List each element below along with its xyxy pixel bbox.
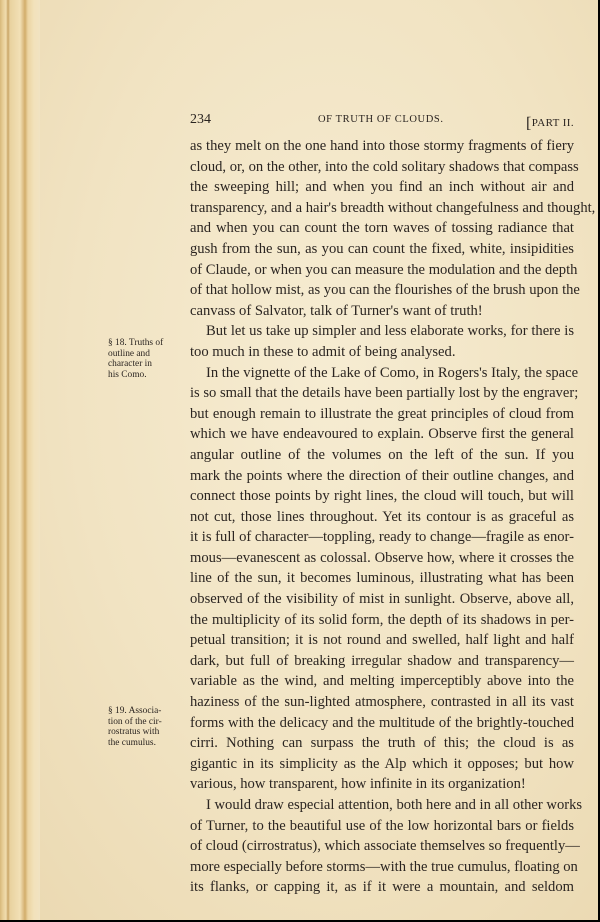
text-line: variable as the wind, and melting imperc…: [190, 671, 574, 692]
text-line: various, how transparent, how infinite i…: [190, 774, 574, 795]
text-line: and when you can count the torn waves of…: [190, 218, 574, 239]
text-line: of that hollow mist, as you can the flou…: [190, 280, 574, 301]
text-line: its flanks, or capping it, as if it were…: [190, 877, 574, 898]
margin-note-line: tion of the cir-: [108, 717, 192, 728]
text-line: mark the points where the direction of t…: [190, 466, 574, 487]
text-line: cloud, or, on the other, into the cold s…: [190, 157, 574, 178]
paragraph-start-line: In the vignette of the Lake of Como, in …: [190, 363, 574, 384]
text-line: angular outline of the volumes on the le…: [190, 445, 574, 466]
margin-note-section-18: § 18. Truths of outline and character in…: [108, 338, 192, 380]
text-line: line of the sun, it becomes luminous, il…: [190, 568, 574, 589]
text-line: of cloud (cirrostratus), which associate…: [190, 836, 574, 857]
margin-note-line: the cumulus.: [108, 738, 192, 749]
page-edges: [0, 0, 40, 920]
text-line: dark, but full of breaking irregular sha…: [190, 651, 574, 672]
margin-note-line: § 18. Truths of: [108, 338, 192, 349]
text-line: which we have endeavoured to explain. Ob…: [190, 424, 574, 445]
text-line: the multiplicity of its solid form, the …: [190, 610, 574, 631]
text-line: canvass of Salvator, talk of Turner's wa…: [190, 301, 574, 322]
text-line: gigantic in its simplicity as the Alp wh…: [190, 754, 574, 775]
text-line: as they melt on the one hand into those …: [190, 136, 574, 157]
text-line: of Claude, or when you can measure the m…: [190, 260, 574, 281]
body-text: as they melt on the one hand into those …: [190, 136, 574, 898]
text-line: gush from the sun, as you can count the …: [190, 239, 574, 260]
text-line: observed of the visibility of mist in su…: [190, 589, 574, 610]
running-title: OF TRUTH OF CLOUDS.: [318, 114, 444, 125]
paragraph-start-line: But let us take up simpler and less elab…: [190, 321, 574, 342]
text-line: more especially before storms—with the t…: [190, 857, 574, 878]
part-label-wrap: [PART II.: [526, 113, 574, 131]
text-line: of Turner, to the beautiful use of the l…: [190, 816, 574, 837]
page-number: 234: [190, 112, 211, 128]
text-line: transparency, and a hair's breadth witho…: [190, 198, 574, 219]
text-line: the sweeping hill; and when you find an …: [190, 177, 574, 198]
text-line: cirri. Nothing can surpass the truth of …: [190, 733, 574, 754]
text-line: not cut, those lines throughout. Yet its…: [190, 507, 574, 528]
text-line: mous—evanescent as colossal. Observe how…: [190, 548, 574, 569]
margin-note-line: rostratus with: [108, 727, 192, 738]
text-line: is so small that the details have been p…: [190, 383, 574, 404]
margin-note-line: his Como.: [108, 370, 192, 381]
text-line: connect those points by right lines, the…: [190, 486, 574, 507]
margin-note-line: outline and: [108, 349, 192, 360]
text-line: forms with the delicacy and the multitud…: [190, 713, 574, 734]
margin-note-section-19: § 19. Associa- tion of the cir- rostratu…: [108, 706, 192, 748]
text-line: it is full of character—toppling, ready …: [190, 527, 574, 548]
text-line: haziness of the sun-lighted atmosphere, …: [190, 692, 574, 713]
running-header: 234 OF TRUTH OF CLOUDS. [PART II.: [190, 112, 574, 128]
part-label: PART II.: [532, 117, 574, 129]
margin-note-line: § 19. Associa-: [108, 706, 192, 717]
book-page: 234 OF TRUTH OF CLOUDS. [PART II. § 18. …: [0, 0, 600, 922]
text-line: too much in these to admit of being anal…: [190, 342, 574, 363]
paragraph-start-line: I would draw especial attention, both he…: [190, 795, 574, 816]
text-line: petual transition; it is not round and s…: [190, 630, 574, 651]
part-bracket: [: [526, 115, 532, 132]
text-line: but enough remain to illustrate the grea…: [190, 404, 574, 425]
margin-note-line: character in: [108, 359, 192, 370]
